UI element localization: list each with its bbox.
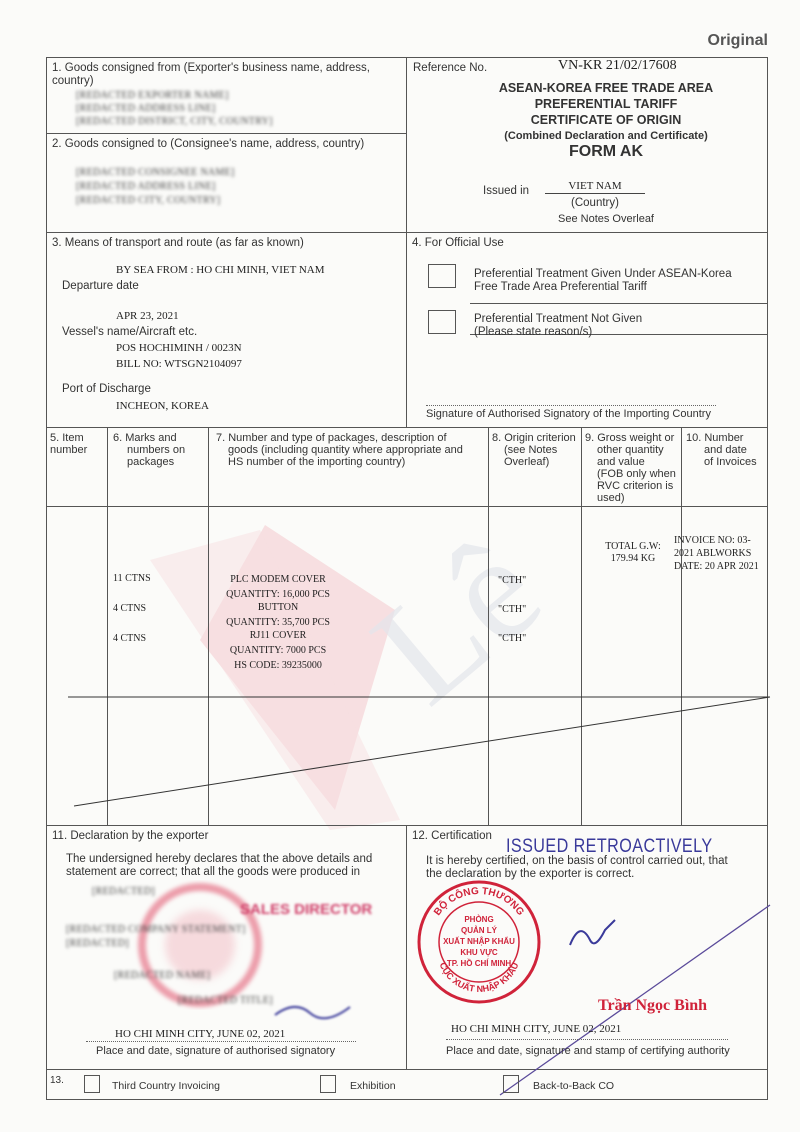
route: BY SEA FROM : HO CHI MINH, VIET NAM bbox=[116, 264, 325, 277]
col-gross-weight: 9. Gross weight or other quantity and va… bbox=[585, 432, 676, 504]
table-row: 4 CTNS bbox=[113, 632, 151, 645]
box1-label: 1. Goods consigned from (Exporter's busi… bbox=[52, 62, 402, 88]
preferential-not-given-checkbox[interactable] bbox=[428, 310, 456, 334]
box4-label: 4. For Official Use bbox=[412, 237, 504, 250]
col-marks: 6. Marks and numbers on packages bbox=[113, 432, 185, 468]
certificate-title: ASEAN-KOREA FREE TRADE AREA PREFERENTIAL… bbox=[456, 80, 756, 144]
exporter-signature-caption: Place and date, signature of authorised … bbox=[96, 1045, 335, 1058]
invoice-details: INVOICE NO: 03- 2021 ABLWORKS DATE: 20 A… bbox=[674, 534, 759, 573]
certifier-name: Trần Ngọc Bình bbox=[598, 997, 707, 1015]
discharge-port: INCHEON, KOREA bbox=[116, 400, 209, 413]
box12-label: 12. Certification bbox=[412, 830, 492, 843]
box13-label: 13. bbox=[50, 1074, 64, 1087]
vessel-name: POS HOCHIMINH / 0023N bbox=[116, 342, 242, 355]
consignee-details: [REDACTED CONSIGNEE NAME] [REDACTED ADDR… bbox=[76, 166, 235, 208]
exporter-declaration: The undersigned hereby declares that the… bbox=[66, 853, 372, 879]
exhibition-checkbox[interactable] bbox=[320, 1075, 336, 1093]
col-item-number: 5. Item number bbox=[50, 432, 87, 456]
importing-signature-caption: Signature of Authorised Signatory of the… bbox=[426, 408, 711, 421]
reference-label: Reference No. bbox=[413, 62, 487, 75]
bill-number: BILL NO: WTSGN2104097 bbox=[116, 358, 242, 371]
certifier-signature-caption: Place and date, signature and stamp of c… bbox=[446, 1045, 730, 1058]
official-seal: BỘ CÔNG THƯƠNG CỤC XUẤT NHẬP KHẨU PHÒNG … bbox=[415, 878, 543, 1006]
issued-in-label: Issued in bbox=[483, 185, 529, 198]
col-invoices: 10. Number and date of Invoices bbox=[686, 432, 757, 468]
country-caption: (Country) bbox=[545, 197, 645, 210]
back-to-back-co-checkbox[interactable] bbox=[503, 1075, 519, 1093]
back-to-back-co-label: Back-to-Back CO bbox=[533, 1080, 614, 1093]
form-name: FORM AK bbox=[456, 143, 756, 161]
exporter-blurred-2: [REDACTED COMPANY STATEMENT] bbox=[66, 924, 246, 935]
exporter-company-stamp bbox=[130, 880, 270, 1010]
preferential-given-checkbox[interactable] bbox=[428, 264, 456, 288]
goods-origin-criteria: "CTH" "CTH" "CTH" bbox=[498, 574, 526, 645]
issued-in-country: VIET NAM bbox=[545, 180, 645, 192]
table-row: 11 CTNS bbox=[113, 572, 151, 602]
box3-label: 3. Means of transport and route (as far … bbox=[52, 237, 304, 250]
discharge-label: Port of Discharge bbox=[62, 383, 151, 396]
hs-code: HS CODE: 39235000 bbox=[208, 658, 348, 673]
preferential-not-given-label: Preferential Treatment Not Given (Please… bbox=[474, 313, 642, 339]
table-row: 4 CTNS bbox=[113, 602, 151, 632]
goods-descriptions: PLC MODEM COVER QUANTITY: 16,000 PCS BUT… bbox=[208, 572, 348, 673]
box2-label: 2. Goods consigned to (Consignee's name,… bbox=[52, 138, 364, 151]
departure-label: Departure date bbox=[62, 280, 139, 293]
reference-number: VN-KR 21/02/17608 bbox=[558, 58, 677, 74]
exporter-blurred-5: [REDACTED TITLE] bbox=[178, 995, 273, 1006]
exporter-title-stamp: SALES DIRECTOR bbox=[240, 901, 372, 918]
third-country-invoicing-label: Third Country Invoicing bbox=[112, 1080, 220, 1093]
col-origin-criterion: 8. Origin criterion (see Notes Overleaf) bbox=[492, 432, 576, 468]
exporter-blurred-1: [REDACTED] bbox=[92, 886, 155, 897]
exporter-place-date: HO CHI MINH CITY, JUNE 02, 2021 bbox=[115, 1028, 285, 1041]
certifier-signature bbox=[560, 900, 640, 960]
col-description: 7. Number and type of packages, descript… bbox=[216, 432, 463, 468]
box11-label: 11. Declaration by the exporter bbox=[52, 830, 208, 843]
exporter-details: [REDACTED EXPORTER NAME] [REDACTED ADDRE… bbox=[76, 89, 273, 128]
exporter-blurred-4: [REDACTED NAME] bbox=[114, 970, 210, 981]
preferential-given-label: Preferential Treatment Given Under ASEAN… bbox=[474, 268, 732, 294]
exporter-blurred-3: [REDACTED] bbox=[66, 938, 129, 949]
gross-weight: TOTAL G.W: 179.94 KG bbox=[585, 541, 681, 565]
notes-overleaf: See Notes Overleaf bbox=[456, 213, 756, 226]
goods-marks: 11 CTNS 4 CTNS 4 CTNS bbox=[113, 572, 151, 645]
exporter-signature bbox=[270, 995, 370, 1025]
exhibition-label: Exhibition bbox=[350, 1080, 396, 1093]
certifier-place-date: HO CHI MINH CITY, JUNE 02, 2021 bbox=[451, 1023, 621, 1036]
third-country-invoicing-checkbox[interactable] bbox=[84, 1075, 100, 1093]
vessel-label: Vessel's name/Aircraft etc. bbox=[62, 326, 197, 339]
departure-date: APR 23, 2021 bbox=[116, 310, 179, 323]
